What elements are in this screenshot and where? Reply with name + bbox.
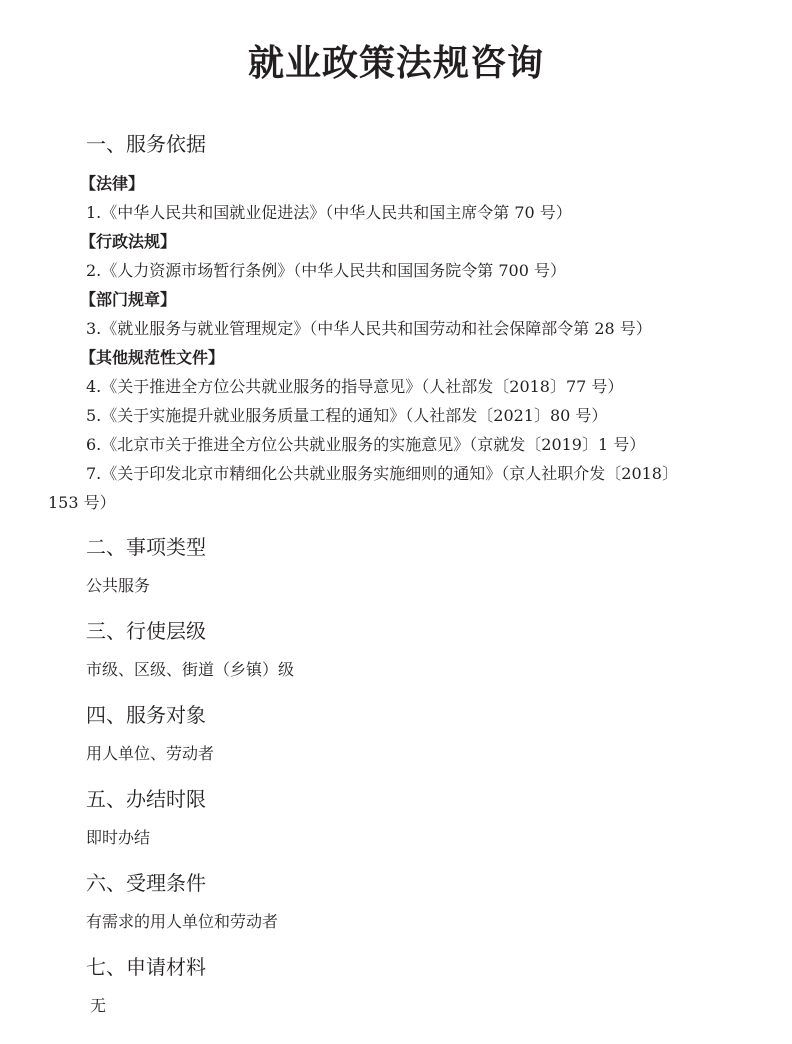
section-heading-acceptance-conditions: 六、受理条件 <box>86 869 206 897</box>
category-other-normative-documents: 【其他规范性文件】 <box>80 347 224 369</box>
law-item-7-continuation: 153 号） <box>48 492 116 514</box>
category-law: 【法律】 <box>80 173 144 195</box>
law-item-6: 6.《北京市关于推进全方位公共就业服务的实施意见》（京就发〔2019〕1 号） <box>86 434 645 456</box>
category-departmental-rules: 【部门规章】 <box>80 289 176 311</box>
item-type-value: 公共服务 <box>86 575 150 597</box>
section-heading-application-materials: 七、申请材料 <box>86 953 206 981</box>
application-materials-value: 无 <box>90 995 106 1017</box>
section-heading-time-limit: 五、办结时限 <box>86 785 206 813</box>
document-page: 就业政策法规咨询 一、服务依据 【法律】 1.《中华人民共和国就业促进法》（中华… <box>0 0 792 1044</box>
law-item-5: 5.《关于实施提升就业服务质量工程的通知》（人社部发〔2021〕80 号） <box>86 405 607 427</box>
service-target-value: 用人单位、劳动者 <box>86 743 214 765</box>
law-item-7: 7.《关于印发北京市精细化公共就业服务实施细则的通知》（京人社职介发〔2018〕 <box>86 463 678 485</box>
law-item-3: 3.《就业服务与就业管理规定》（中华人民共和国劳动和社会保障部令第 28 号） <box>86 318 652 340</box>
law-item-4: 4.《关于推进全方位公共就业服务的指导意见》（人社部发〔2018〕77 号） <box>86 376 623 398</box>
acceptance-conditions-value: 有需求的用人单位和劳动者 <box>86 911 278 933</box>
exercise-level-value: 市级、区级、街道（乡镇）级 <box>86 659 294 681</box>
time-limit-value: 即时办结 <box>86 827 150 849</box>
section-heading-service-target: 四、服务对象 <box>86 701 206 729</box>
section-heading-item-type: 二、事项类型 <box>86 533 206 561</box>
law-item-2: 2.《人力资源市场暂行条例》（中华人民共和国国务院令第 700 号） <box>86 260 566 282</box>
category-administrative-regulations: 【行政法规】 <box>80 231 176 253</box>
section-heading-service-basis: 一、服务依据 <box>86 130 206 158</box>
page-title: 就业政策法规咨询 <box>0 38 792 88</box>
section-heading-exercise-level: 三、行使层级 <box>86 617 206 645</box>
law-item-1: 1.《中华人民共和国就业促进法》（中华人民共和国主席令第 70 号） <box>86 202 572 224</box>
